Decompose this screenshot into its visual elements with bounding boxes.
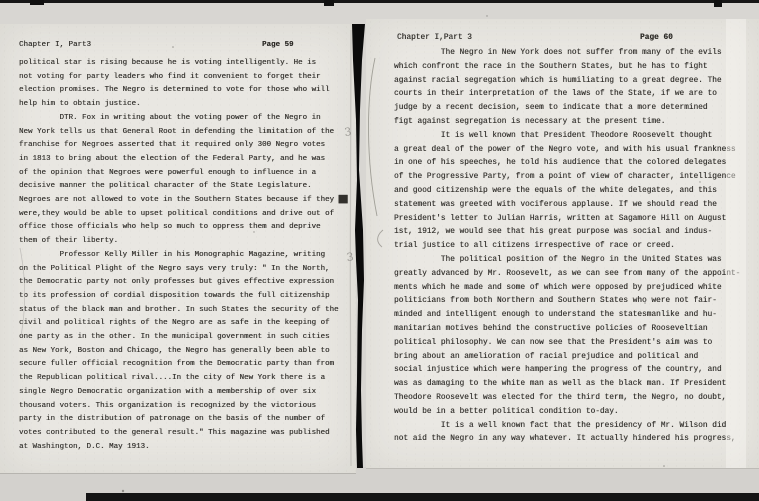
text-line: judge by a recent decision, seem to indi… <box>394 102 740 116</box>
text-line: thousand voters. This organization is re… <box>19 400 348 414</box>
text-line: help him to obtain justice. <box>19 98 348 112</box>
text-line: franchise for Negroes asserted that it r… <box>19 139 348 153</box>
text-line: were,they would be able to upset politic… <box>19 208 348 222</box>
page-number: Page 59 <box>262 41 294 49</box>
text-line: decisive manner the political character … <box>19 180 348 194</box>
text-line: a great deal of the power of the Negro v… <box>394 144 740 158</box>
text-line: party in the distribution of patronage o… <box>19 413 348 427</box>
film-edge-bottom <box>86 493 759 501</box>
chapter-heading: Chapter I, Part3 <box>19 41 91 49</box>
text-line: of the Progressive Party, from a point o… <box>394 171 740 185</box>
scan-light-band <box>726 19 746 468</box>
text-line: one party as in the other. In the munici… <box>19 331 348 345</box>
text-line: figt against segregation is necessary at… <box>394 116 740 130</box>
page-60: Chapter I,Part 3 Page 60 The Negro in Ne… <box>366 19 759 469</box>
text-line: election promises. The Negro is determin… <box>19 84 348 98</box>
text-line: 1st, 1912, we would see that his great p… <box>394 226 740 240</box>
film-edge-blemish <box>324 0 334 6</box>
text-line: New York tells us that General Root in d… <box>19 126 348 140</box>
text-line: Theodore Roosevelt was elected for the t… <box>394 392 740 406</box>
text-line: Negroes are not allowed to vote in the S… <box>19 194 348 208</box>
text-line: against racial segregation which is humi… <box>394 75 740 89</box>
text-line: on the Political Plight of the Negro say… <box>19 263 348 277</box>
text-line: Professor Kelly Miller in his Monographi… <box>19 249 348 263</box>
text-line: civil and political rights of the Negro … <box>19 317 348 331</box>
text-line: single Negro Democratic organization wit… <box>19 386 348 400</box>
film-edge-top <box>0 0 759 3</box>
text-line: President's letter to Julian Harris, wri… <box>394 213 740 227</box>
text-line: trial justice to all citizens irrespecti… <box>394 240 740 254</box>
text-line: bring about an amelioration of racial pr… <box>394 351 740 365</box>
page-number: Page 60 <box>640 34 673 42</box>
page-59-body-text: political star is rising because he is v… <box>19 57 348 454</box>
text-line: as New York, Boston and Chicago, the Neg… <box>19 345 348 359</box>
text-line: was as damaging to the white man as well… <box>394 378 740 392</box>
film-edge-blemish <box>30 0 44 5</box>
text-line: not voting for party leaders who find it… <box>19 71 348 85</box>
text-line: in 1813 to bring about the election of t… <box>19 153 348 167</box>
document-scan-viewport: { "left_page": { "header_left": "Chapter… <box>0 0 759 501</box>
text-line: social injustice which were hampering th… <box>394 364 740 378</box>
text-line: them of their liberty. <box>19 235 348 249</box>
text-line: and good citizenship were the equals of … <box>394 185 740 199</box>
text-line: minded and intelligent enough to underst… <box>394 309 740 323</box>
text-line: would be in a better political condition… <box>394 406 740 420</box>
text-line: which confront the race in the Southern … <box>394 61 740 75</box>
text-line: statement was greeted with vociferous ap… <box>394 199 740 213</box>
text-line: courts in their interpretation of the la… <box>394 88 740 102</box>
text-line: the Democratic party not only professes … <box>19 276 348 290</box>
text-line: greatly advanced by Mr. Roosevelt, as we… <box>394 268 740 282</box>
text-line: the Republican political rival....In the… <box>19 372 348 386</box>
text-line: not aid the Negro in any way whatever. I… <box>394 433 740 447</box>
text-line: votes contributed to the general result.… <box>19 427 348 441</box>
page-59: Chapter I, Part3 Page 59 political star … <box>0 24 356 474</box>
text-line: The political position of the Negro in t… <box>394 254 740 268</box>
text-line: It is well known that President Theodore… <box>394 130 740 144</box>
text-line: secure fuller official recognition from … <box>19 358 348 372</box>
text-line: status of the black man and brother. In … <box>19 304 348 318</box>
text-line: of the opinion that Negroes were powerfu… <box>19 167 348 181</box>
text-line: political star is rising because he is v… <box>19 57 348 71</box>
text-line: It is a well known fact that the preside… <box>394 420 740 434</box>
text-line: politicians from both Northern and South… <box>394 295 740 309</box>
film-edge-blemish <box>714 0 722 7</box>
text-line: DTR. Fox in writing about the voting pow… <box>19 112 348 126</box>
text-line: to its profession of cordial disposition… <box>19 290 348 304</box>
text-line: office those officials who help so much … <box>19 221 348 235</box>
text-line: at Washington, D.C. May 1913. <box>19 441 348 455</box>
text-line: ments which he made and some of which we… <box>394 282 740 296</box>
text-line: in one of his speeches, he told his audi… <box>394 157 740 171</box>
text-line: political philosophy. We can now see tha… <box>394 337 740 351</box>
chapter-heading: Chapter I,Part 3 <box>397 34 472 42</box>
text-line: The Negro in New York does not suffer fr… <box>394 47 740 61</box>
page-60-body-text: The Negro in New York does not suffer fr… <box>394 47 740 447</box>
text-line: manitarian motives behind the constructi… <box>394 323 740 337</box>
